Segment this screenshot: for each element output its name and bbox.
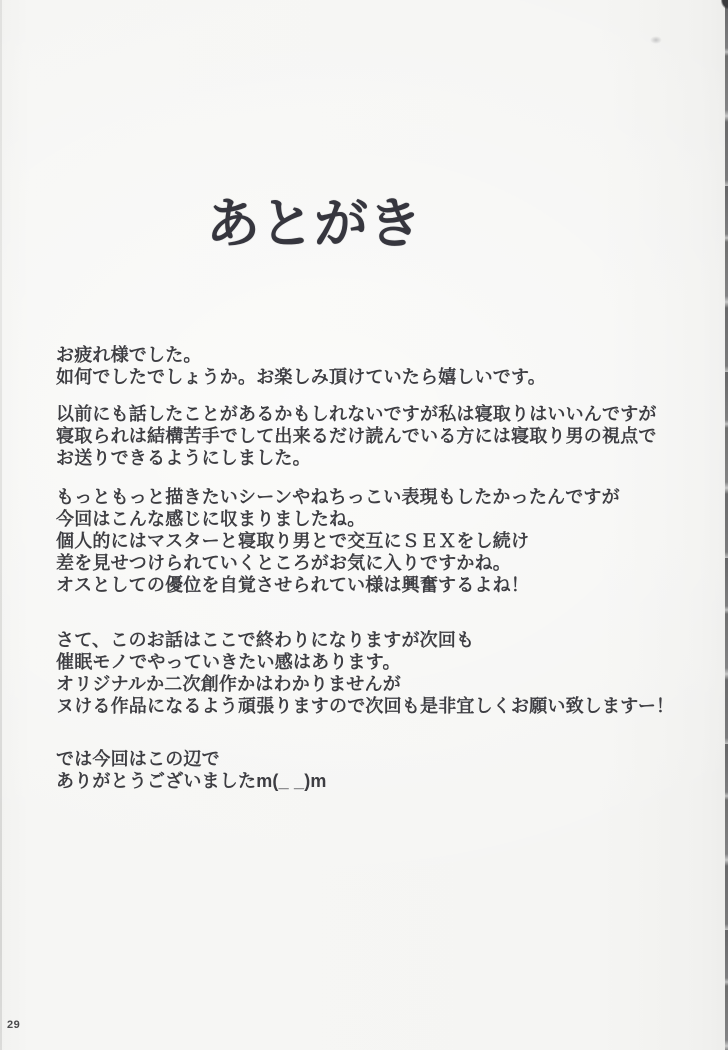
text-line: オリジナルか二次創作かはわかりませんが [56,673,674,695]
scanned-afterword-page: あとがき お疲れ様でした。如何でしたでしょうか。お楽しみ頂けていたら嬉しいです。… [0,0,728,1050]
paragraph: では今回はこの辺でありがとうございましたm(_ _)m [56,748,327,792]
paragraph: お疲れ様でした。如何でしたでしょうか。お楽しみ頂けていたら嬉しいです。 [56,344,546,388]
text-line: 差を見せつけられていくところがお気に入りですかね。 [56,552,620,574]
text-line: ヌける作品になるよう頑張りますので次回も是非宜しくお願い致しますー！ [56,695,674,717]
page-number: 29 [7,1019,20,1031]
text-line: 今回はこんな感じに収まりましたね。 [56,508,620,530]
text-line: では今回はこの辺で [56,748,327,770]
afterword-body: お疲れ様でした。如何でしたでしょうか。お楽しみ頂けていたら嬉しいです。以前にも話… [0,0,728,1050]
text-line: 以前にも話したことがあるかもしれないですが私は寝取りはいいんですが [56,403,657,425]
text-line: もっともっと描きたいシーンやねちっこい表現もしたかったんですが [56,486,620,508]
text-line: お疲れ様でした。 [56,344,546,366]
text-line: さて、このお話はここで終わりになりますが次回も [56,629,674,651]
text-line: 催眠モノでやっていきたい感はあります。 [56,651,674,673]
text-line: ありがとうございましたm(_ _)m [56,770,327,792]
text-line: 如何でしたでしょうか。お楽しみ頂けていたら嬉しいです。 [56,366,546,388]
paragraph: さて、このお話はここで終わりになりますが次回も催眠モノでやっていきたい感はありま… [56,629,674,717]
text-line: オスとしての優位を自覚させられてい様は興奮するよね！ [56,574,620,596]
text-line: お送りできるようにしました。 [56,447,657,469]
paragraph: 以前にも話したことがあるかもしれないですが私は寝取りはいいんですが寝取られは結構… [56,403,657,469]
text-line: 寝取られは結構苦手でして出来るだけ読んでいる方には寝取り男の視点で [56,425,657,447]
text-line: 個人的にはマスターと寝取り男とで交互にＳＥＸをし続け [56,530,620,552]
paragraph: もっともっと描きたいシーンやねちっこい表現もしたかったんですが今回はこんな感じに… [56,486,620,596]
